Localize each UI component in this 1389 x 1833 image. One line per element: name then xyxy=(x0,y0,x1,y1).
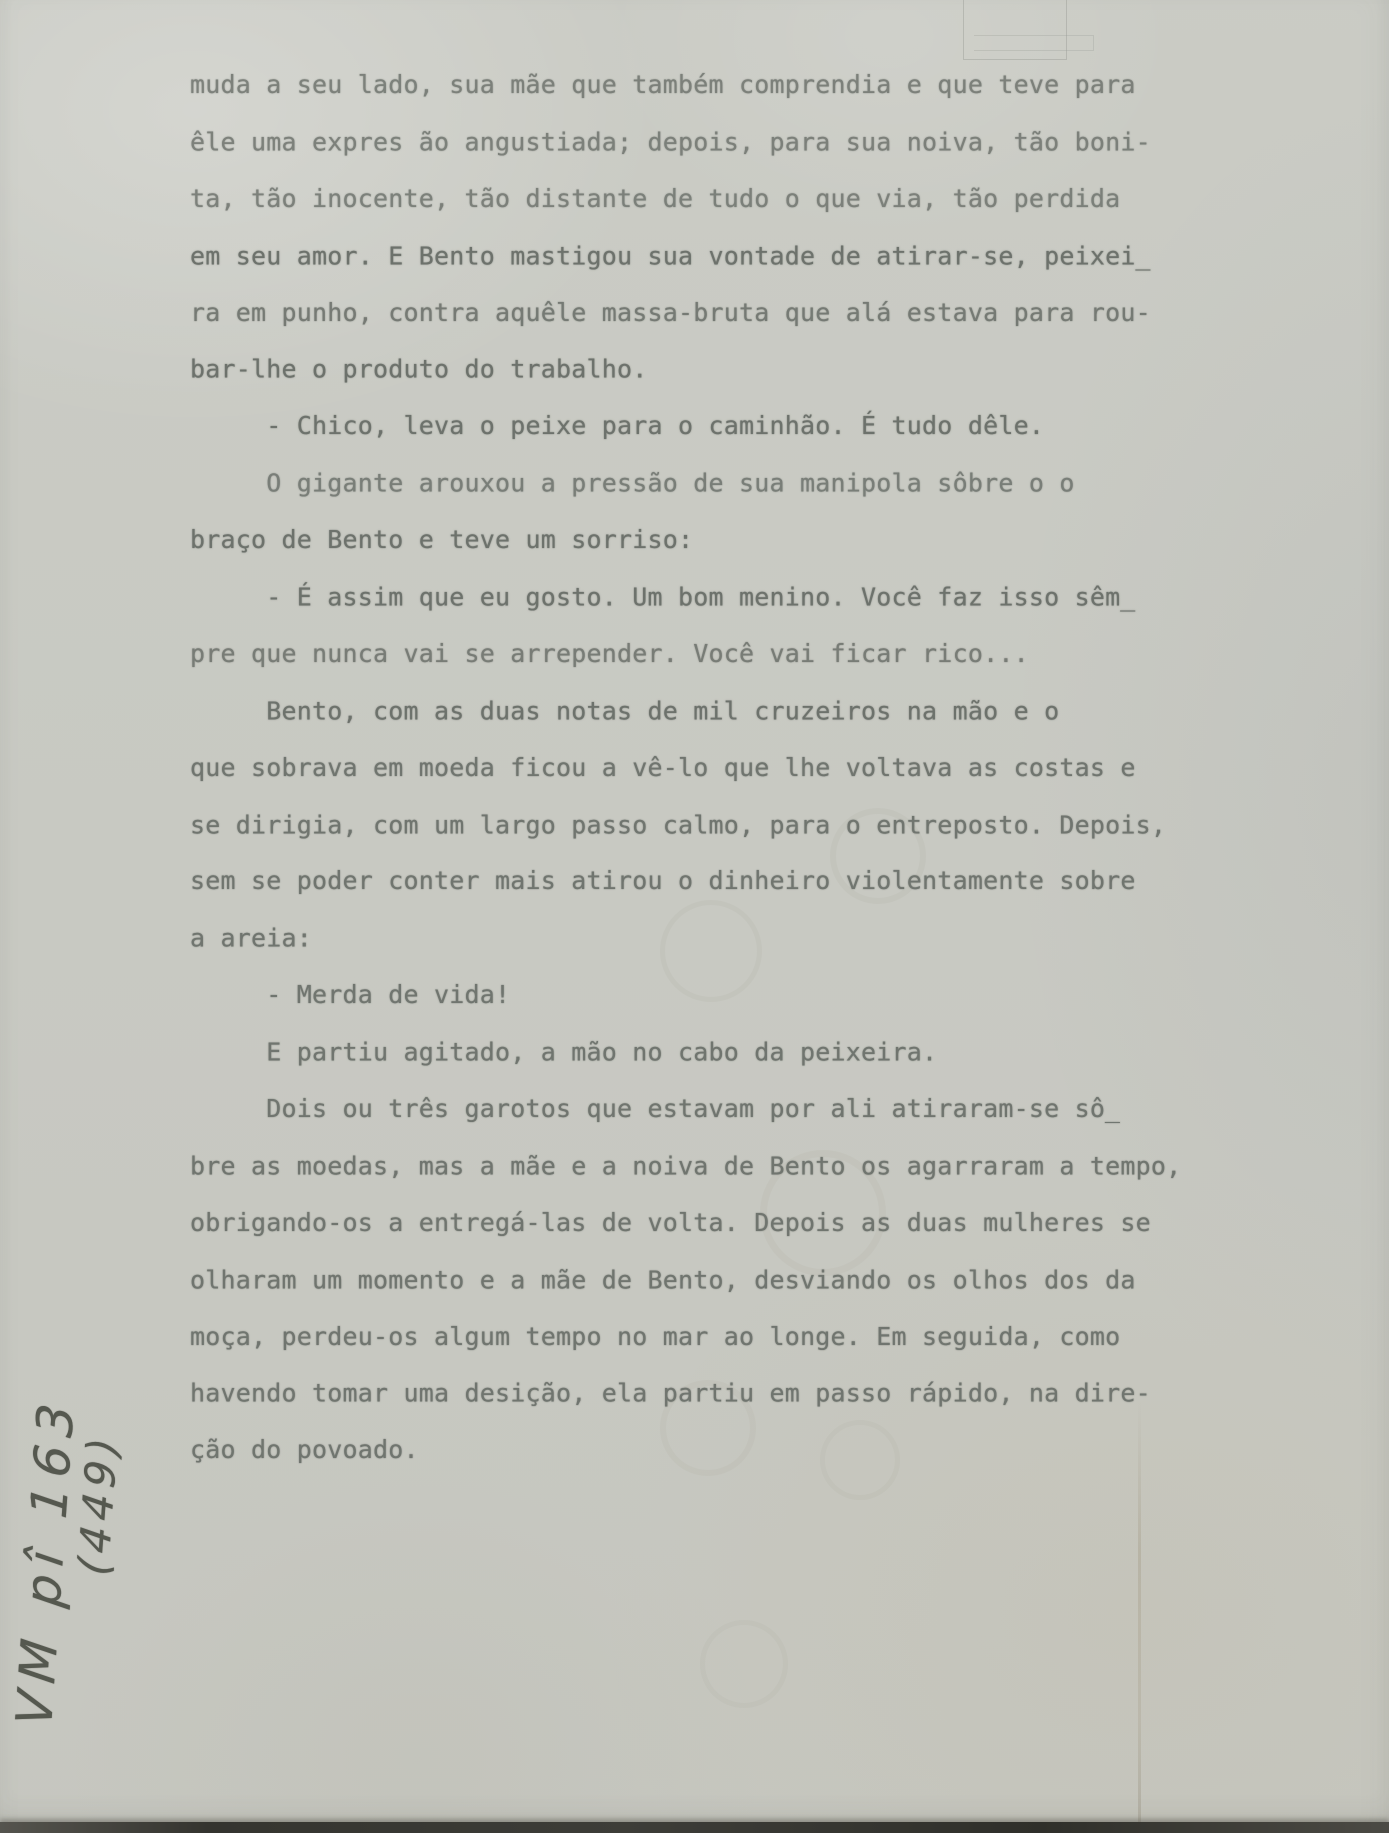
typed-line: ra em punho, contra aquêle massa-bruta q… xyxy=(190,285,1260,342)
handwritten-annotation: VM pî 163 (449) xyxy=(8,1248,150,1737)
paper-crease xyxy=(1138,1400,1141,1830)
typed-line: braço de Bento e teve um sorriso: xyxy=(190,512,1260,569)
typed-line: havendo tomar uma desição, ela partiu em… xyxy=(190,1366,1260,1423)
typed-line: que sobrava em moeda ficou a vê-lo que l… xyxy=(190,740,1260,797)
typed-line: obrigando-os a entregá-las de volta. Dep… xyxy=(190,1195,1260,1252)
typed-text-block: muda a seu lado, sua mãe que também comp… xyxy=(190,57,1260,1479)
typed-line: êle uma expres ão angustiada; depois, pa… xyxy=(190,114,1260,171)
paper-watermark xyxy=(700,1620,788,1708)
typed-line: ção do povoado. xyxy=(190,1422,1260,1479)
typed-line: pre que nunca vai se arrepender. Você va… xyxy=(190,626,1260,683)
typed-line: a areia: xyxy=(190,911,1260,968)
typed-line: bre as moedas, mas a mãe e a noiva de Be… xyxy=(190,1139,1260,1196)
page-bottom-edge xyxy=(0,1822,1389,1833)
typed-line: O gigante arouxou a pressão de sua manip… xyxy=(190,456,1260,513)
stamp-ghost-mark xyxy=(963,0,1067,60)
typed-line: - Merda de vida! xyxy=(190,967,1260,1024)
manuscript-page: muda a seu lado, sua mãe que também comp… xyxy=(0,0,1389,1833)
typed-line: muda a seu lado, sua mãe que também comp… xyxy=(190,57,1260,114)
typed-line: em seu amor. E Bento mastigou sua vontad… xyxy=(190,228,1260,285)
typed-line: E partiu agitado, a mão no cabo da peixe… xyxy=(190,1025,1260,1082)
typed-line: sem se poder conter mais atirou o dinhei… xyxy=(190,853,1260,910)
typed-line: olharam um momento e a mãe de Bento, des… xyxy=(190,1252,1260,1309)
typed-line: Dois ou três garotos que estavam por ali… xyxy=(190,1081,1260,1138)
typed-line: bar-lhe o produto do trabalho. xyxy=(190,342,1260,399)
typed-line: Bento, com as duas notas de mil cruzeiro… xyxy=(190,683,1260,740)
typed-line: - É assim que eu gosto. Um bom menino. V… xyxy=(190,570,1260,627)
typed-line: - Chico, leva o peixe para o caminhão. É… xyxy=(190,398,1260,455)
typed-line: se dirigia, com um largo passo calmo, pa… xyxy=(190,797,1260,854)
typed-line: ta, tão inocente, tão distante de tudo o… xyxy=(190,171,1260,228)
typed-line: moça, perdeu-os algum tempo no mar ao lo… xyxy=(190,1309,1260,1366)
